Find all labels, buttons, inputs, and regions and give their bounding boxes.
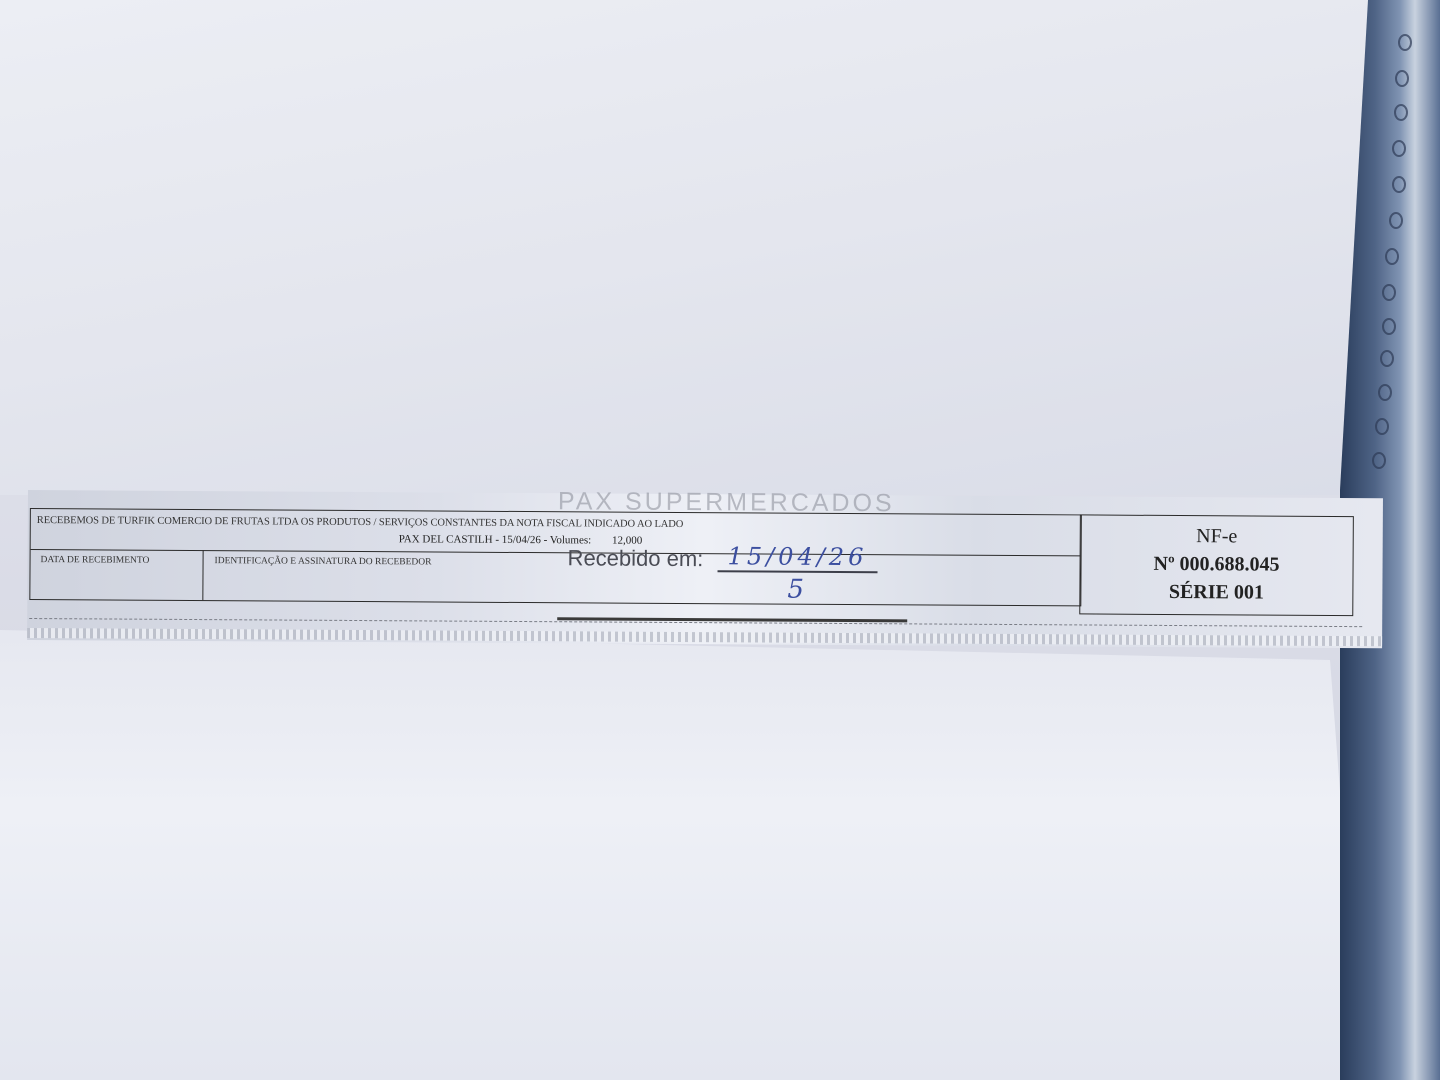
punch-hole-icon <box>1375 418 1389 435</box>
store-stamp: PAX SUPERMERCADOS <box>558 487 895 518</box>
nfe-box: NF-e Nº 000.688.045 SÉRIE 001 <box>1079 514 1354 616</box>
recipient-text: PAX DEL CASTILH - 15/04/26 - Volumes: <box>399 533 592 546</box>
bottom-paper-sheet <box>0 630 1410 1080</box>
received-stamp: Recebido em: <box>568 545 704 572</box>
receipt-statement: RECEBEMOS DE TURFIK COMERCIO DE FRUTAS L… <box>37 515 684 530</box>
punch-hole-icon <box>1395 70 1409 87</box>
punch-hole-icon <box>1394 104 1408 121</box>
punch-hole-icon <box>1372 452 1386 469</box>
punch-hole-icon <box>1382 284 1396 301</box>
punch-hole-icon <box>1398 34 1412 51</box>
signature-label: IDENTIFICAÇÃO E ASSINATURA DO RECEBEDOR <box>215 556 432 567</box>
handwritten-mark: 5 <box>787 575 804 605</box>
receipt-date-field: DATA DE RECEBIMENTO <box>30 549 203 600</box>
punch-hole-icon <box>1380 350 1394 367</box>
nfe-title: NF-e <box>1081 521 1353 551</box>
punch-hole-icon <box>1378 384 1392 401</box>
receipt-main-box: RECEBEMOS DE TURFIK COMERCIO DE FRUTAS L… <box>29 508 1082 606</box>
receipt-stub: RECEBEMOS DE TURFIK COMERCIO DE FRUTAS L… <box>27 490 1383 648</box>
punch-hole-icon <box>1382 318 1396 335</box>
punch-hole-icon <box>1392 140 1406 157</box>
top-paper-sheet <box>0 0 1370 495</box>
nfe-number: Nº 000.688.045 <box>1080 549 1352 579</box>
receipt-date-label: DATA DE RECEBIMENTO <box>41 555 150 566</box>
punch-hole-icon <box>1389 212 1403 229</box>
handwritten-date: 15/04/26 <box>718 542 878 573</box>
nfe-series: SÉRIE 001 <box>1080 577 1352 607</box>
punch-hole-icon <box>1392 176 1406 193</box>
punch-hole-icon <box>1385 248 1399 265</box>
